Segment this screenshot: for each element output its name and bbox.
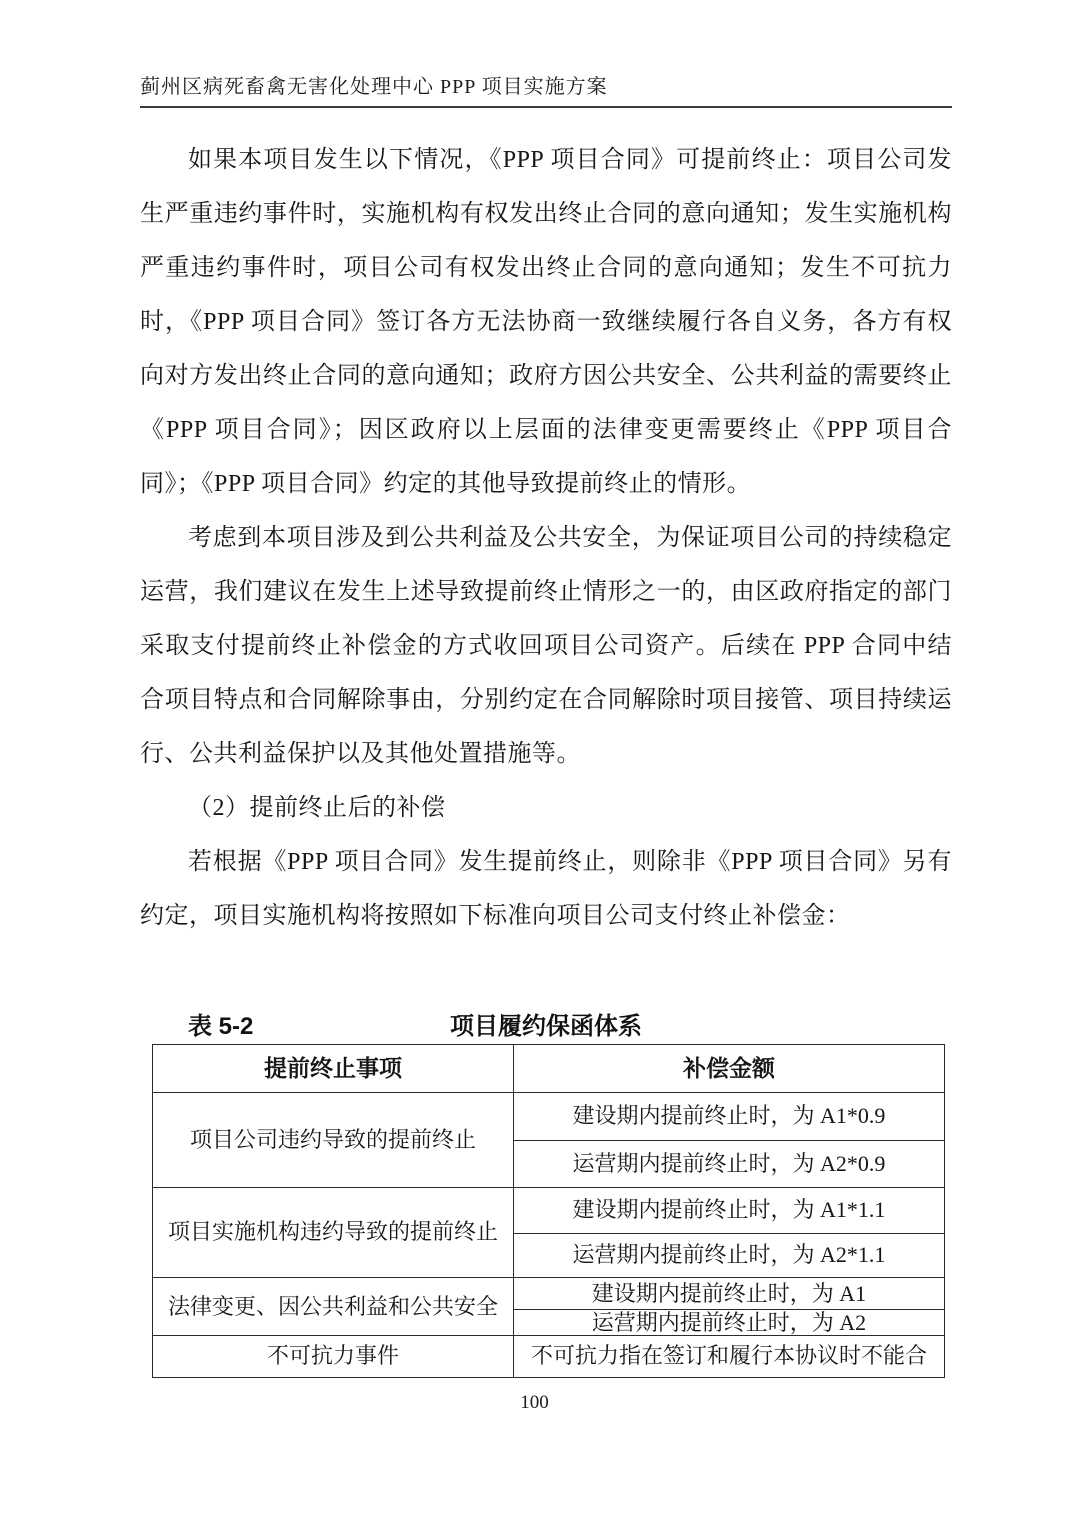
page-header: 蓟州区病死畜禽无害化处理中心 PPP 项目实施方案 <box>140 70 952 108</box>
table-cell-event-company-default: 项目公司违约导致的提前终止 <box>153 1093 514 1188</box>
table-caption-label: 表 5-2 <box>188 1006 253 1041</box>
table-row: 项目实施机构违约导致的提前终止 建设期内提前终止时，为 A1*1.1 <box>153 1188 945 1234</box>
column-header-termination-event: 提前终止事项 <box>153 1045 514 1093</box>
table-cell-compensation: 运营期内提前终止时，为 A2*1.1 <box>514 1234 945 1278</box>
table-cell-compensation: 建设期内提前终止时，为 A1*0.9 <box>514 1093 945 1141</box>
table-cell-compensation: 不可抗力指在签订和履行本协议时不能合 <box>514 1336 945 1378</box>
table-cell-compensation: 建设期内提前终止时，为 A1*1.1 <box>514 1188 945 1234</box>
table-caption: 表 5-2 项目履约保函体系 <box>140 1006 952 1044</box>
table-cell-compensation: 运营期内提前终止时，为 A2*0.9 <box>514 1141 945 1188</box>
table-cell-compensation: 建设期内提前终止时，为 A1 <box>514 1278 945 1310</box>
body-paragraph-subsection-heading: （2）提前终止后的补偿 <box>140 781 952 835</box>
page-number: 100 <box>520 1392 549 1413</box>
column-header-compensation-amount: 补偿金额 <box>514 1045 945 1093</box>
table-cell-event-law-change: 法律变更、因公共利益和公共安全 <box>153 1278 514 1336</box>
table-caption-title: 项目履约保函体系 <box>140 1006 952 1041</box>
page-header-title: 蓟州区病死畜禽无害化处理中心 PPP 项目实施方案 <box>140 76 608 98</box>
table-row: 不可抗力事件 不可抗力指在签订和履行本协议时不能合 <box>153 1336 945 1378</box>
body-paragraph-compensation-intro: 若根据《PPP 项目合同》发生提前终止，则除非《PPP 项目合同》另有约定，项目… <box>140 835 952 943</box>
body-paragraph-recommendation: 考虑到本项目涉及到公共利益及公共安全，为保证项目公司的持续稳定运营，我们建议在发… <box>140 511 952 781</box>
table-row: 法律变更、因公共利益和公共安全 建设期内提前终止时，为 A1 <box>153 1278 945 1310</box>
compensation-table: 提前终止事项 补偿金额 项目公司违约导致的提前终止 建设期内提前终止时，为 A1… <box>152 1044 945 1378</box>
table-cell-event-force-majeure: 不可抗力事件 <box>153 1336 514 1378</box>
compensation-table-section: 表 5-2 项目履约保函体系 提前终止事项 补偿金额 项目公司违约导致的提前终止… <box>140 1006 952 1378</box>
body-paragraph-termination-conditions: 如果本项目发生以下情况，《PPP 项目合同》可提前终止：项目公司发生严重违约事件… <box>140 133 952 511</box>
table-row: 项目公司违约导致的提前终止 建设期内提前终止时，为 A1*0.9 <box>153 1093 945 1141</box>
table-cell-event-agency-default: 项目实施机构违约导致的提前终止 <box>153 1188 514 1278</box>
document-body: 如果本项目发生以下情况，《PPP 项目合同》可提前终止：项目公司发生严重违约事件… <box>140 133 952 943</box>
page-footer: 100 <box>0 1392 1069 1414</box>
table-cell-compensation: 运营期内提前终止时，为 A2 <box>514 1310 945 1336</box>
table-header-row: 提前终止事项 补偿金额 <box>153 1045 945 1093</box>
